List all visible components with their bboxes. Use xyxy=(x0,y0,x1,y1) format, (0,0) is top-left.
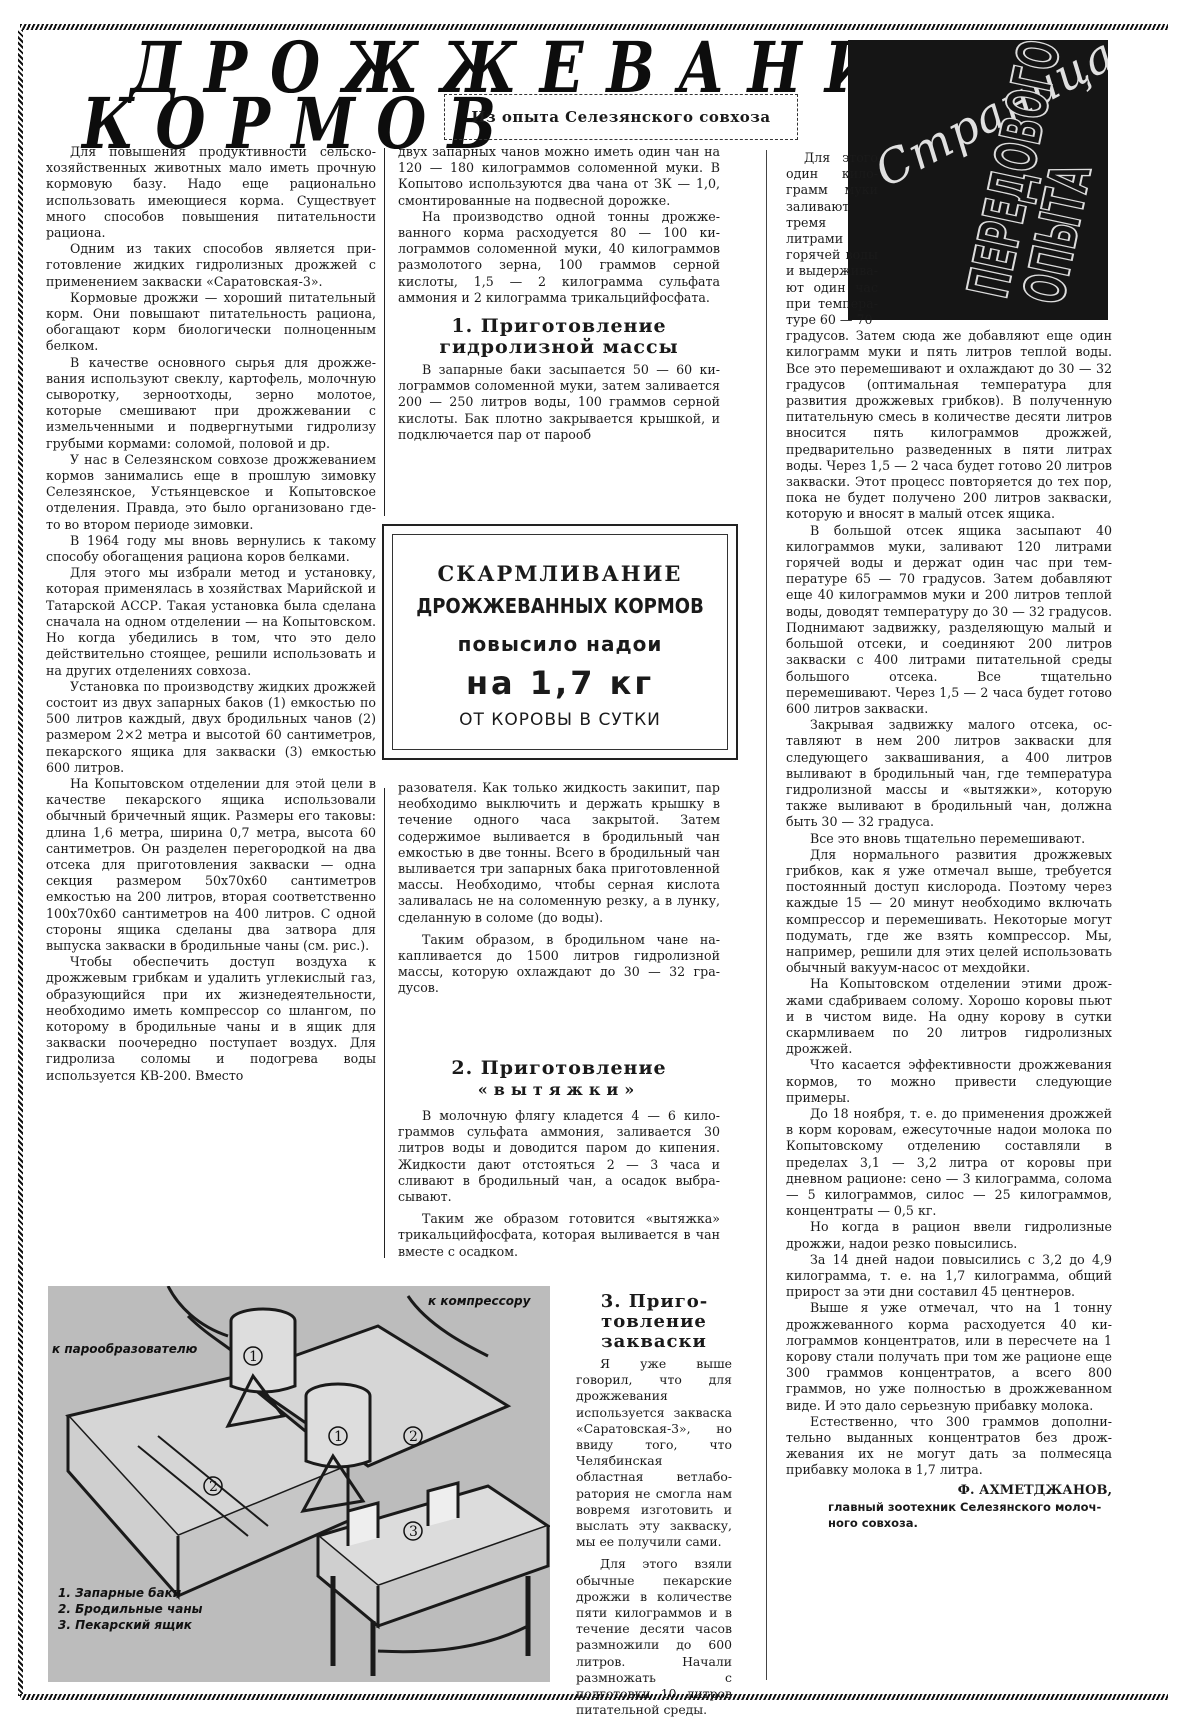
article-column-2-section-3: 3. Приго­товление закваски Я уже выше го… xyxy=(576,1284,732,1718)
promo-line-2: ДРОЖЖЕВАННЫХ КОРМОВ xyxy=(410,594,711,618)
paragraph: У нас в Селезянском совхозе дрожжева­ние… xyxy=(46,452,376,533)
article-column-3: Для этого один кило­грамм муки заливают … xyxy=(786,150,1112,1531)
column-rule xyxy=(384,148,385,516)
subtitle: Из опыта Селезянского совхоза xyxy=(444,94,798,140)
label-compressor: к компрессору xyxy=(428,1294,530,1308)
promo-line-4: на 1,7 кг xyxy=(393,664,727,702)
paragraph: градусов. Затем сюда же добавляют еще од… xyxy=(786,328,1112,522)
paragraph-narrow: Для этого один кило­грамм муки заливают … xyxy=(786,150,878,328)
equipment-illustration: 1 1 2 2 3 к парообразователю к компрессо… xyxy=(48,1286,550,1682)
section-2-title-line-2: «вытяжки» xyxy=(398,1079,720,1100)
column-rule xyxy=(766,150,767,1680)
svg-text:1: 1 xyxy=(334,1429,343,1445)
author-title: главный зоотехник Селезянского молоч­ног… xyxy=(828,1499,1112,1531)
promo-line-1: СКАРМЛИВАНИЕ xyxy=(393,561,727,586)
promo-line-5: ОТ КОРОВЫ В СУТКИ xyxy=(393,710,727,730)
paragraph: Выше я уже отмечал, что на 1 тонну дрожж… xyxy=(786,1300,1112,1413)
promo-box: СКАРМЛИВАНИЕ ДРОЖЖЕВАННЫХ КОРМОВ повысил… xyxy=(382,524,738,760)
section-1-title-line-2: гидролизной массы xyxy=(398,337,720,358)
section-1-title-line-1: 1. Приготовление xyxy=(398,316,720,337)
paragraph: Закрывая задвижку малого отсека, ос­тавл… xyxy=(786,717,1112,830)
column-rule xyxy=(384,788,385,1258)
paragraph: Чтобы обеспечить доступ воздуха к дрожже… xyxy=(46,954,376,1084)
paragraph: Одним из таких способов является при­гот… xyxy=(46,241,376,290)
svg-text:3: 3 xyxy=(409,1524,418,1540)
legend-item-1: 1. Запарные баки xyxy=(58,1586,181,1600)
paragraph: двух запарных чанов можно иметь один чан… xyxy=(398,144,720,209)
section-2-title-line-1: 2. Приготовление xyxy=(398,1058,720,1079)
paragraph: На Копытовском отделении для этой цели в… xyxy=(46,776,376,954)
promo-line-3: повысило надои xyxy=(393,632,727,656)
paragraph: На производство одной тонны дрожже­ванно… xyxy=(398,209,720,306)
article-column-2-top: двух запарных чанов можно иметь один чан… xyxy=(398,144,720,443)
paragraph: Таким же образом готовится «вытяжка» три… xyxy=(398,1211,720,1260)
paragraph: Для этого мы избрали метод и установ­ку,… xyxy=(46,565,376,678)
section-3-title-line-2: закваски xyxy=(576,1332,732,1352)
svg-text:1: 1 xyxy=(249,1349,258,1365)
author-name: Ф. АХМЕТДЖАНОВ, xyxy=(786,1483,1112,1499)
paragraph: Установка по производству жидких дрожжей… xyxy=(46,679,376,776)
article-column-2-middle: разователя. Как только жидкость закипит,… xyxy=(398,780,720,997)
svg-text:2: 2 xyxy=(209,1479,218,1495)
label-steam-generator: к парообразователю xyxy=(52,1342,197,1356)
legend-item-3: 3. Пекарский ящик xyxy=(58,1618,192,1632)
paragraph: Естественно, что 300 граммов дополни­тел… xyxy=(786,1414,1112,1479)
paragraph: В 1964 году мы вновь вернулись к та­кому… xyxy=(46,533,376,565)
paragraph: Что касается эффективности дрожжева­ния … xyxy=(786,1057,1112,1106)
paragraph: Для нормального развития дрожжевых грибк… xyxy=(786,847,1112,977)
left-border xyxy=(18,30,23,1696)
section-2-heading: 2. Приготовление «вытяжки» xyxy=(398,1058,720,1100)
paragraph: В молочную флягу кладется 4 — 6 кило­гра… xyxy=(398,1108,720,1205)
paragraph: В качестве основного сырья для дрожже­ва… xyxy=(46,355,376,452)
paragraph: Все это вновь тщательно перемешивают. xyxy=(786,831,1112,847)
paragraph: Но когда в рацион ввели гидролизные дрож… xyxy=(786,1219,1112,1251)
paragraph: Для этого взяли обыч­ные пекарские дрожж… xyxy=(576,1556,732,1718)
paragraph: Таким образом, в бродильном чане на­капл… xyxy=(398,932,720,997)
paragraph: На Копытовском отделении этими дрож­жами… xyxy=(786,976,1112,1057)
paragraph: разователя. Как только жидкость закипит,… xyxy=(398,780,720,926)
paragraph: За 14 дней надои повысились с 3,2 до 4,9… xyxy=(786,1252,1112,1301)
paragraph: В большой отсек ящика засыпают 40 килогр… xyxy=(786,523,1112,717)
article-column-2-section-2: 2. Приготовление «вытяжки» В молочную фл… xyxy=(398,1050,720,1260)
paragraph: Кормовые дрожжи — хороший питатель­ный к… xyxy=(46,290,376,355)
paragraph: В запарные баки засыпается 50 — 60 ки­ло… xyxy=(398,362,720,443)
promo-inner-frame: СКАРМЛИВАНИЕ ДРОЖЖЕВАННЫХ КОРМОВ повысил… xyxy=(392,534,728,750)
section-3-heading: 3. Приго­товление закваски xyxy=(576,1292,732,1352)
section-1-heading: 1. Приготовление гидролизной массы xyxy=(398,316,720,358)
section-3-title-line-1: 3. Приго­товление xyxy=(576,1292,732,1332)
paragraph: Я уже выше говорил, что для дрожжевания … xyxy=(576,1356,732,1550)
paragraph: До 18 ноября, т. е. до применения дрож­ж… xyxy=(786,1106,1112,1219)
svg-text:2: 2 xyxy=(409,1429,418,1445)
paragraph: Для повышения продуктивности сельско­хоз… xyxy=(46,144,376,241)
legend-item-2: 2. Бродильные чаны xyxy=(58,1602,202,1616)
article-column-1: Для повышения продуктивности сельско­хоз… xyxy=(46,144,376,1084)
